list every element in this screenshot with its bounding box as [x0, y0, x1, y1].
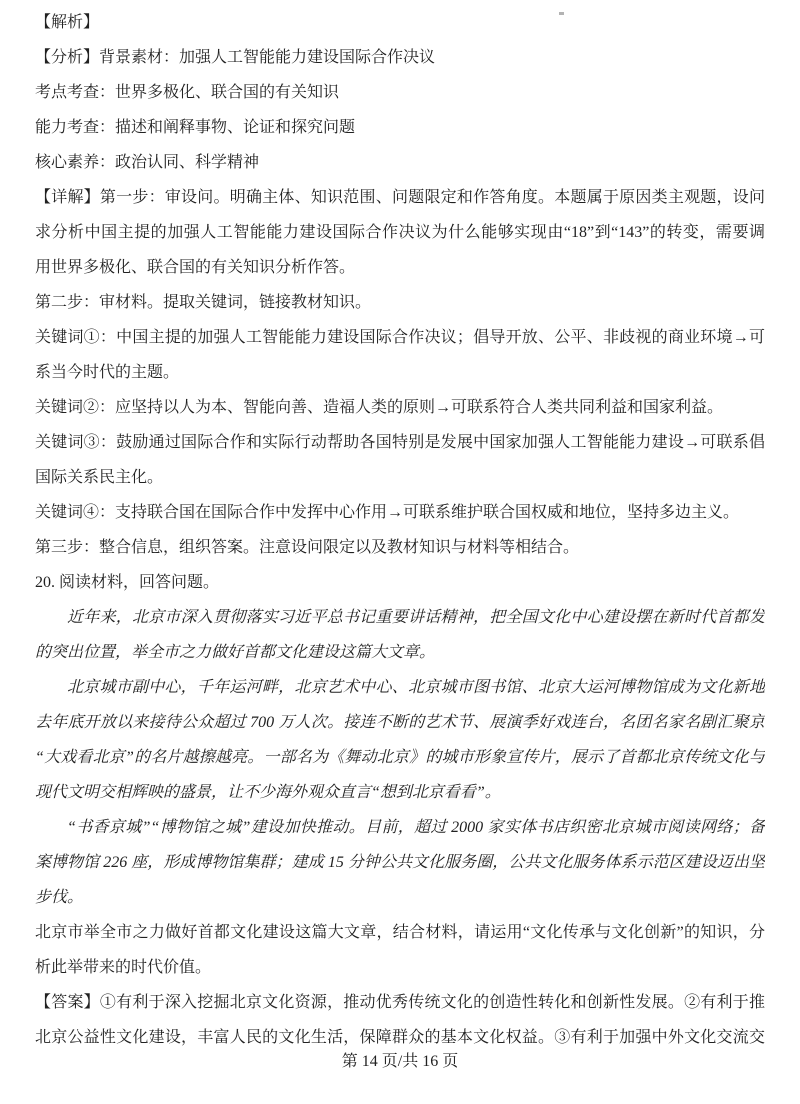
text-line: 能力考查：描述和阐释事物、论证和探究问题 [35, 110, 765, 145]
text-line: 求分析中国主提的加强人工智能能力建设国际合作决议为什么能够实现由“18”到“14… [35, 215, 765, 250]
text-line: 步伐。 [35, 880, 765, 915]
text-line: 【答案】①有利于深入挖掘北京文化资源，推动优秀传统文化的创造性转化和创新性发展。… [35, 985, 765, 1020]
text-line: 的突出位置，举全市之力做好首都文化建设这篇大文章。 [35, 635, 765, 670]
text-line: 案博物馆 226 座，形成博物馆集群；建成 15 分钟公共文化服务圈，公共文化服… [35, 845, 765, 880]
document-content: 【解析】【分析】背景素材：加强人工智能能力建设国际合作决议考点考查：世界多极化、… [35, 5, 765, 1055]
text-line: 北京市举全市之力做好首都文化建设这篇大文章，结合材料，请运用“文化传承与文化创新… [35, 915, 765, 950]
document-page: 【解析】【分析】背景素材：加强人工智能能力建设国际合作决议考点考查：世界多极化、… [0, 0, 800, 1104]
text-line: 系当今时代的主题。 [35, 355, 765, 390]
text-line: 现代文明交相辉映的盛景，让不少海外观众直言“想到北京看看”。 [35, 775, 765, 810]
text-line: 关键词④：支持联合国在国际合作中发挥中心作用→可联系维护联合国权威和地位，坚持多… [35, 495, 765, 530]
text-line: 第二步：审材料。提取关键词，链接教材知识。 [35, 285, 765, 320]
text-line: 析此举带来的时代价值。 [35, 950, 765, 985]
text-line: 【分析】背景素材：加强人工智能能力建设国际合作决议 [35, 40, 765, 75]
text-line: 关键词①：中国主提的加强人工智能能力建设国际合作决议；倡导开放、公平、非歧视的商… [35, 320, 765, 355]
text-line: 核心素养：政治认同、科学精神 [35, 145, 765, 180]
text-line: 【详解】第一步：审设问。明确主体、知识范围、问题限定和作答角度。本题属于原因类主… [35, 180, 765, 215]
text-line: 第三步：整合信息，组织答案。注意设问限定以及教材知识与材料等相结合。 [35, 530, 765, 565]
text-line: 北京城市副中心，千年运河畔，北京艺术中心、北京城市图书馆、北京大运河博物馆成为文… [35, 670, 765, 705]
text-line: “书香京城”“博物馆之城”建设加快推动。目前，超过 2000 家实体书店织密北京… [35, 810, 765, 845]
text-line: 国际关系民主化。 [35, 460, 765, 495]
text-line: 考点考查：世界多极化、联合国的有关知识 [35, 75, 765, 110]
text-line: “大戏看北京”的名片越擦越亮。一部名为《舞动北京》的城市形象宣传片，展示了首都北… [35, 740, 765, 775]
text-line: 去年底开放以来接待公众超过 700 万人次。接连不断的艺术节、展演季好戏连台，名… [35, 705, 765, 740]
text-line: 用世界多极化、联合国的有关知识分析作答。 [35, 250, 765, 285]
text-line: 20. 阅读材料，回答问题。 [35, 565, 765, 600]
text-line: 关键词③：鼓励通过国际合作和实际行动帮助各国特别是发展中国家加强人工智能能力建设… [35, 425, 765, 460]
text-line: 关键词②：应坚持以人为本、智能向善、造福人类的原则→可联系符合人类共同利益和国家… [35, 390, 765, 425]
text-line: 近年来，北京市深入贯彻落实习近平总书记重要讲话精神，把全国文化中心建设摆在新时代… [35, 600, 765, 635]
text-line: 【解析】 [35, 5, 765, 40]
page-footer: 第 14 页/共 16 页 [0, 1049, 800, 1075]
